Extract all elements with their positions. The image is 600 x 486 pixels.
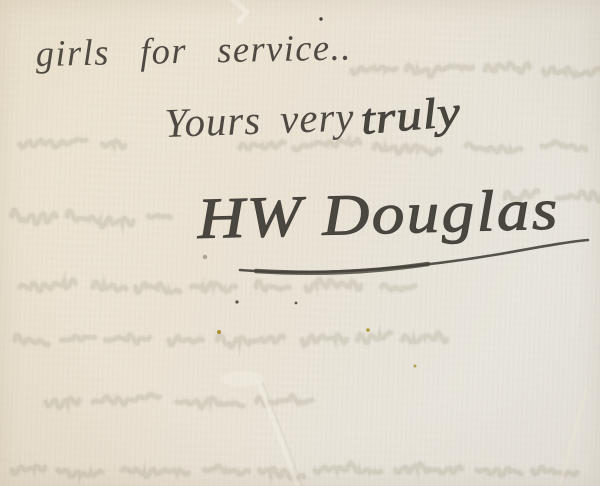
yellow-speck xyxy=(217,330,221,334)
yellow-speck xyxy=(366,328,370,332)
letter-page-photo: girls for service.. Yours very truly HW … xyxy=(0,0,600,486)
closing-phrase-emphasis: truly xyxy=(359,88,463,144)
dark-speck xyxy=(235,300,238,303)
signature: HW Douglas xyxy=(196,177,561,251)
dark-speck xyxy=(319,17,322,20)
faint-pencil-mark xyxy=(203,255,207,259)
letter-artwork: girls for service.. Yours very truly HW … xyxy=(0,0,600,486)
dark-speck xyxy=(295,302,298,305)
closing-phrase: Yours very xyxy=(164,93,355,146)
letter-body-line: girls for service.. xyxy=(35,27,352,75)
crease-top-center xyxy=(233,0,247,21)
yellow-speck xyxy=(414,365,417,368)
signature-underline-thick xyxy=(256,264,428,273)
